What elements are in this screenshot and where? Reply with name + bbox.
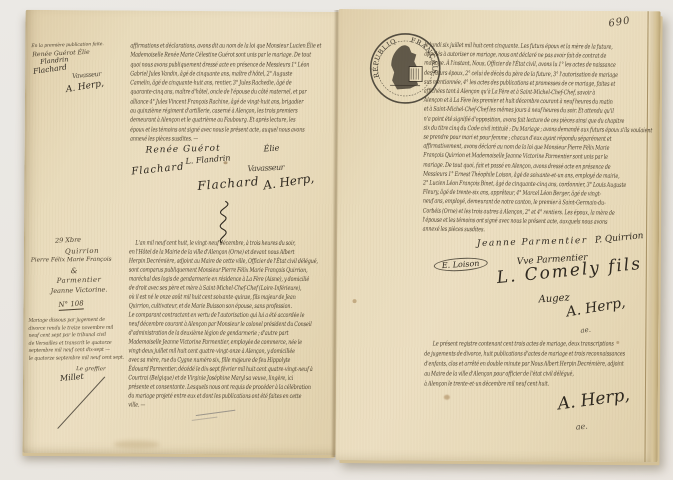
text-line: au Maire de la ville d'Alençon pour offi…: [424, 370, 652, 380]
margin-entry-act-number: N° 108: [58, 299, 84, 311]
register-closing-text: Le présent registre contenant cent trois…: [424, 340, 652, 390]
signature-renee-guerot: Renée Guérot: [145, 144, 220, 156]
margin-note-divorce-text: Mariage dissous par jugement dedivorce r…: [28, 317, 136, 364]
text-line: d'enfants, clos et arrêté en double minu…: [424, 360, 652, 370]
text-line: Gabriel Jules Vandin, âgé de cinquante a…: [130, 69, 339, 78]
signature-officer-act1: A. Herp,: [262, 171, 315, 192]
book-spread: En la première publication faite. Renée …: [0, 0, 673, 480]
foxing-stain: [114, 440, 160, 448]
stamp-figure: [390, 45, 422, 89]
margin-entry-date: 29 Xbre: [55, 236, 81, 245]
margin-entry-bride-surname: Parmentier: [57, 276, 102, 285]
signature-flachard-2: Flachard: [197, 174, 260, 193]
text-line: Mademoiselle Renée Marie Célestine Guéro…: [130, 51, 339, 60]
text-line: époux et les témoins ont signé avec nous…: [130, 125, 339, 134]
text-line: ville. —: [128, 401, 339, 411]
signature-officer-tail: ae.: [580, 326, 591, 335]
signature-augez: Augez: [538, 292, 570, 305]
foxing-stain: [444, 395, 450, 400]
stamp-text-republique: RÉPUBLIQUE: [368, 31, 398, 79]
signature-flachard-margin: Flachard: [33, 62, 68, 75]
pencil-mark: [192, 417, 218, 422]
pen-stroke-flourish: [57, 377, 105, 429]
text-line: Camelin, âgé de cinquante-huit ans, rent…: [130, 79, 339, 88]
foxing-stain: [616, 341, 619, 344]
foxing-stain: [224, 161, 228, 164]
act2-signatures: Jeanne Parmentier P. Quirrion E. Loison …: [339, 9, 661, 11]
signature-flachard-1: Flachard: [131, 161, 185, 177]
signature-vavasseur-margin: Vavasseur: [72, 70, 101, 80]
act2-continued-text: le lundi six juillet mil huit cent cinqu…: [423, 41, 653, 237]
text-line: du mariage projeté entre eux et dont les…: [128, 392, 339, 402]
left-page: En la première publication faite. Renée …: [23, 10, 340, 455]
margin-note-top: En la première publication faite. Renée …: [27, 10, 340, 12]
text-line: quarante-cinq ans, maître d'hôtel, oncle…: [130, 88, 339, 97]
text-line: affirmations et déclarations, avons dit …: [130, 42, 339, 51]
signature-e-loison: E. Loison: [433, 256, 487, 272]
right-page: 690 RÉPUBLIQUE FRANÇAISE le lundi: [335, 9, 660, 462]
svg-text:RÉPUBLIQUE: RÉPUBLIQUE: [368, 31, 398, 79]
signature-officer-final-tail: ae.: [575, 422, 588, 432]
signature-jeanne-parmentier: Jeanne Parmentier: [477, 236, 588, 249]
text-line: le quatorze septembre mil neuf cent sept…: [29, 354, 137, 363]
text-line: quoi nous avons publiquement dressé acte…: [130, 60, 339, 69]
text-line: alliance 4° Jules Vincent François Rachi…: [130, 97, 339, 106]
margin-note-top-header: En la première publication faite.: [31, 42, 104, 49]
act1-text: affirmations et déclarations, avons dit …: [130, 42, 340, 144]
signature-elie: Élie: [263, 144, 279, 154]
signature-greffier: Millet: [60, 372, 85, 383]
signature-officer-margin: A. Herp,: [65, 79, 104, 95]
signature-officer-act2: A. Herp,: [565, 295, 626, 321]
scanned-register-photo: { "left_page": { "margin_note_top": { "h…: [0, 0, 673, 480]
foxing-stain: [353, 299, 357, 303]
signature-vavasseur: Vavasseur: [247, 163, 284, 174]
act1-signatures: Renée Guérot Élie L. Flandrin Flachard V…: [27, 10, 340, 12]
margin-entry: 29 Xbre Quirrion Pierre Félix Marie Fran…: [27, 10, 340, 12]
act2-text: L'an mil neuf cent huit, le vingt-neuf d…: [128, 239, 339, 411]
margin-entry-groom-names: Pierre Félix Marie François: [31, 257, 112, 264]
margin-entry-groom-surname: Quirrion: [65, 247, 99, 256]
text-line: demeurant à Alençon et le quatrième au F…: [130, 116, 339, 125]
margin-note-divorce: Mariage dissous par jugement dedivorce r…: [27, 10, 340, 12]
pencil-mark: [196, 410, 236, 417]
folio-number: 690: [608, 15, 631, 29]
text-line: de jugements de divorce, huit publicatio…: [424, 350, 652, 360]
margin-entry-ampersand: &: [71, 266, 78, 275]
text-line: au quinzième régiment d'artillerie, case…: [130, 107, 339, 116]
text-line: annexé les pièces susdites. —: [130, 135, 340, 144]
margin-entry-bride-names: Jeanne Victorine.: [51, 285, 108, 295]
